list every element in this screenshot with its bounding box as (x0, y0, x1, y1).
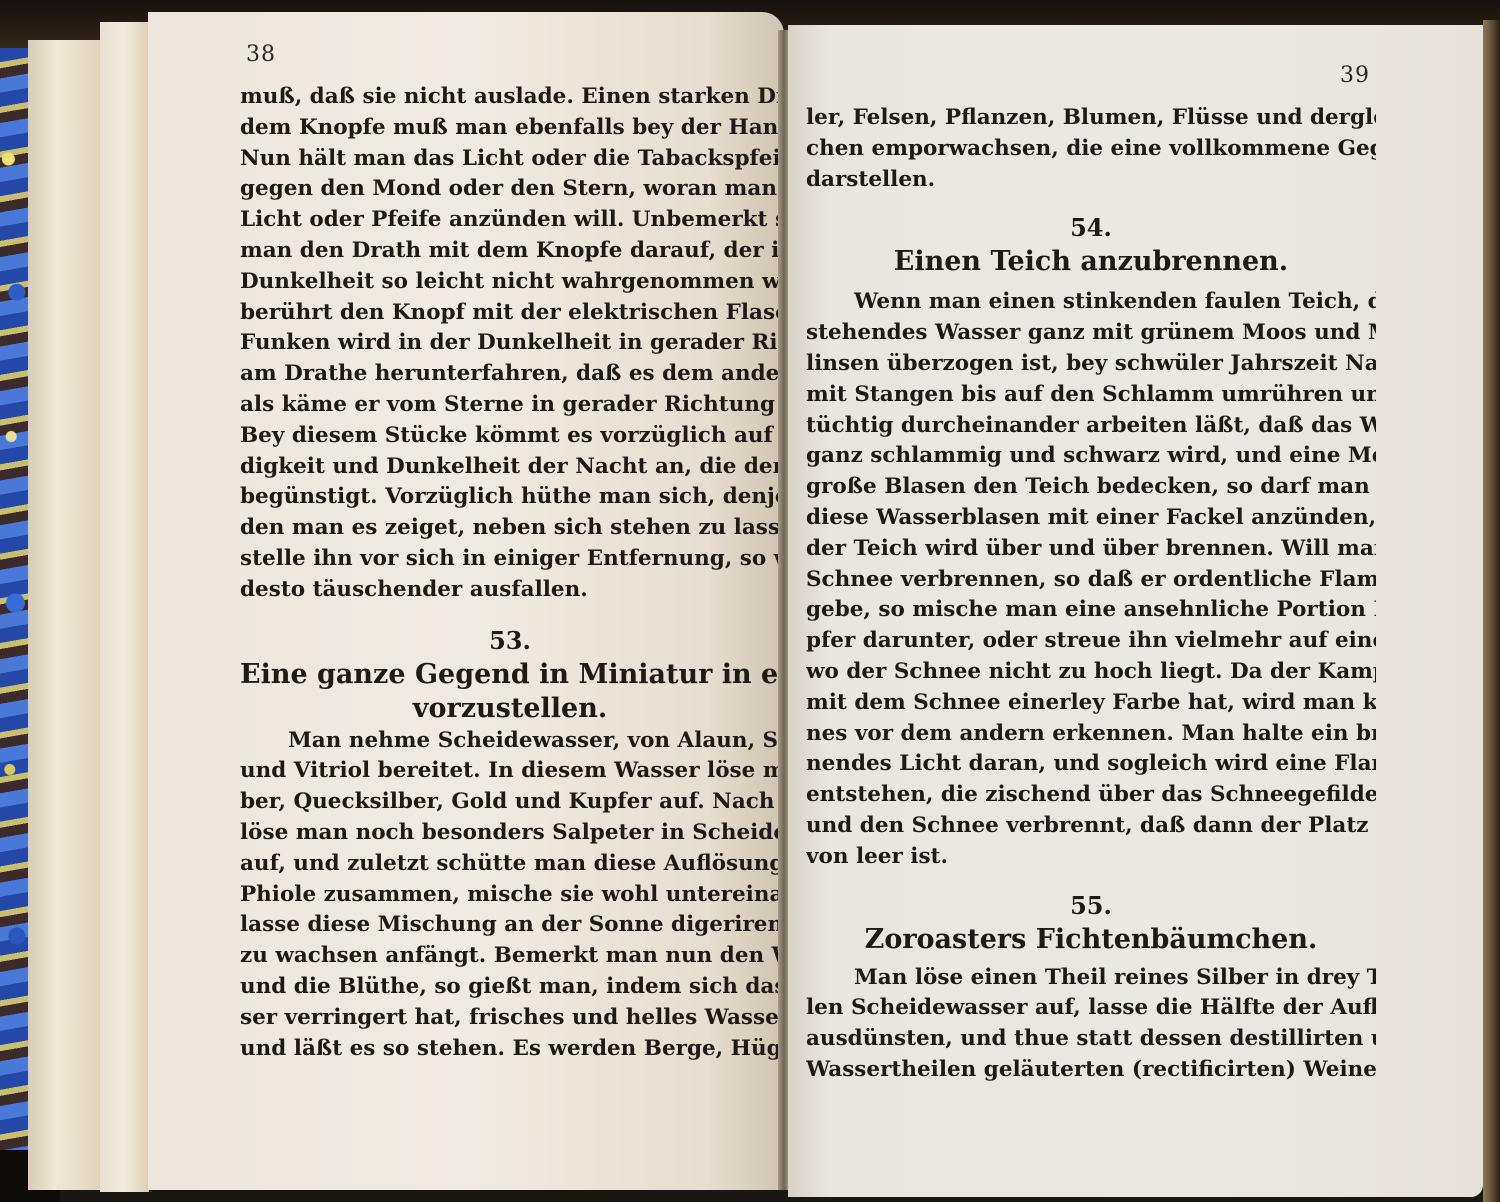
continuation-paragraph: muß, daß sie nicht auslade. Einen starke… (240, 82, 780, 606)
page-stack-edge-inner (100, 22, 149, 1192)
section-54-body: Wenn man einen stinkenden faulen Teich, … (806, 287, 1376, 872)
continuation-paragraph: ler, Felsen, Pflanzen, Blumen, Flüsse un… (806, 103, 1376, 195)
text-line: chen emporwachsen, die eine vollkommene … (806, 134, 1376, 165)
section-number-55: 55. (806, 889, 1376, 923)
text-line: lasse diese Mischung an der Sonne digeri… (240, 910, 780, 941)
text-line: nes vor dem andern erkennen. Man halte e… (806, 719, 1376, 750)
text-line: Nun hält man das Licht oder die Tabacksp… (240, 144, 780, 175)
text-line: ler, Felsen, Pflanzen, Blumen, Flüsse un… (806, 103, 1376, 134)
page-number-left: 38 (246, 42, 276, 67)
right-page: 39 ler, Felsen, Pflanzen, Blumen, Flüsse… (788, 25, 1483, 1197)
text-line: digkeit und Dunkelheit der Nacht an, die… (240, 452, 780, 483)
section-number-54: 54. (806, 211, 1376, 245)
page-number-right: 39 (1340, 63, 1370, 88)
text-line: man den Drath mit dem Knopfe darauf, der… (240, 236, 780, 267)
text-line: diese Wasserblasen mit einer Fackel anzü… (806, 503, 1376, 534)
text-line: löse man noch besonders Salpeter in Sche… (240, 818, 780, 849)
text-line: große Blasen den Teich bedecken, so darf… (806, 472, 1376, 503)
section-53-body: Man nehme Scheidewasser, von Alaun, Salp… (240, 726, 780, 1065)
text-line: Wenn man einen stinkenden faulen Teich, … (806, 287, 1376, 318)
text-line: wo der Schnee nicht zu hoch liegt. Da de… (806, 657, 1376, 688)
text-line: mit Stangen bis auf den Schlamm umrühren… (806, 380, 1376, 411)
text-line: ber, Quecksilber, Gold und Kupfer auf. N… (240, 787, 780, 818)
right-page-text: ler, Felsen, Pflanzen, Blumen, Flüsse un… (806, 103, 1376, 1086)
text-line: len Scheidewasser auf, lasse die Hälfte … (806, 993, 1376, 1024)
text-line: mit dem Schnee einerley Farbe hat, wird … (806, 688, 1376, 719)
text-line: Schnee verbrennen, so daß er ordentliche… (806, 565, 1376, 596)
text-line: stelle ihn vor sich in einiger Entfernun… (240, 544, 780, 575)
text-line: Dunkelheit so leicht nicht wahrgenommen … (240, 267, 780, 298)
section-title-54: Einen Teich anzubrennen. (806, 245, 1376, 279)
left-page: 38 muß, daß sie nicht auslade. Einen sta… (148, 12, 784, 1190)
text-line: linsen überzogen ist, bey schwüler Jahrs… (806, 349, 1376, 380)
text-line: Phiole zusammen, mische sie wohl unterei… (240, 880, 780, 911)
text-line: und Vitriol bereitet. In diesem Wasser l… (240, 756, 780, 787)
text-line: muß, daß sie nicht auslade. Einen starke… (240, 82, 780, 113)
text-line: Man nehme Scheidewasser, von Alaun, Salp… (240, 726, 780, 757)
text-line: stehendes Wasser ganz mit grünem Moos un… (806, 318, 1376, 349)
text-line: und die Blüthe, so gießt man, indem sich… (240, 972, 780, 1003)
marbled-cover-edge (0, 48, 28, 1158)
text-line: berührt den Knopf mit der elektrischen F… (240, 298, 780, 329)
text-line: von leer ist. (806, 842, 1376, 873)
text-line: ausdünsten, und thue statt dessen destil… (806, 1024, 1376, 1055)
text-line: gebe, so mische man eine ansehnliche Por… (806, 595, 1376, 626)
text-line: am Drathe herunterfahren, daß es dem and… (240, 359, 780, 390)
text-line: tüchtig durcheinander arbeiten läßt, daß… (806, 411, 1376, 442)
text-line: Licht oder Pfeife anzünden will. Unbemer… (240, 205, 780, 236)
text-line: und läßt es so stehen. Es werden Berge, … (240, 1034, 780, 1065)
text-line: nendes Licht daran, und sogleich wird ei… (806, 749, 1376, 780)
text-line: den man es zeiget, neben sich stehen zu … (240, 513, 780, 544)
text-line: Bey diesem Stücke kömmt es vorzüglich au… (240, 421, 780, 452)
text-line: ser verringert hat, frisches und helles … (240, 1003, 780, 1034)
text-line: Funken wird in der Dunkelheit in gerader… (240, 328, 780, 359)
text-line: desto täuschender ausfallen. (240, 575, 780, 606)
section-title-53-line2: vorzustellen. (240, 692, 780, 726)
text-line: der Teich wird über und über brennen. Wi… (806, 534, 1376, 565)
text-line: zu wachsen anfängt. Bemerkt man nun den … (240, 941, 780, 972)
page-stack-edge (28, 40, 101, 1190)
section-number-53: 53. (240, 624, 780, 658)
left-page-text: muß, daß sie nicht auslade. Einen starke… (240, 82, 780, 1064)
text-line: ganz schlammig und schwarz wird, und ein… (806, 441, 1376, 472)
text-line: auf, und zuletzt schütte man diese Auflö… (240, 849, 780, 880)
text-line: und den Schnee verbrennt, daß dann der P… (806, 811, 1376, 842)
text-line: darstellen. (806, 165, 1376, 196)
text-line: pfer darunter, oder streue ihn vielmehr … (806, 626, 1376, 657)
section-title-55: Zoroasters Fichtenbäumchen. (806, 923, 1376, 957)
text-line: Man löse einen Theil reines Silber in dr… (806, 963, 1376, 994)
text-line: gegen den Mond oder den Stern, woran man… (240, 174, 780, 205)
text-line: dem Knopfe muß man ebenfalls bey der Han… (240, 113, 780, 144)
section-55-body: Man löse einen Theil reines Silber in dr… (806, 963, 1376, 1086)
section-title-53-line1: Eine ganze Gegend in Miniatur in einer P… (240, 658, 780, 692)
text-line: begünstigt. Vorzüglich hüthe man sich, d… (240, 482, 780, 513)
text-line: Wassertheilen geläuterten (rectificirten… (806, 1055, 1376, 1086)
text-line: entstehen, die zischend über das Schneeg… (806, 780, 1376, 811)
book-cover-right-edge (1483, 20, 1500, 1202)
text-line: als käme er vom Sterne in gerader Richtu… (240, 390, 780, 421)
